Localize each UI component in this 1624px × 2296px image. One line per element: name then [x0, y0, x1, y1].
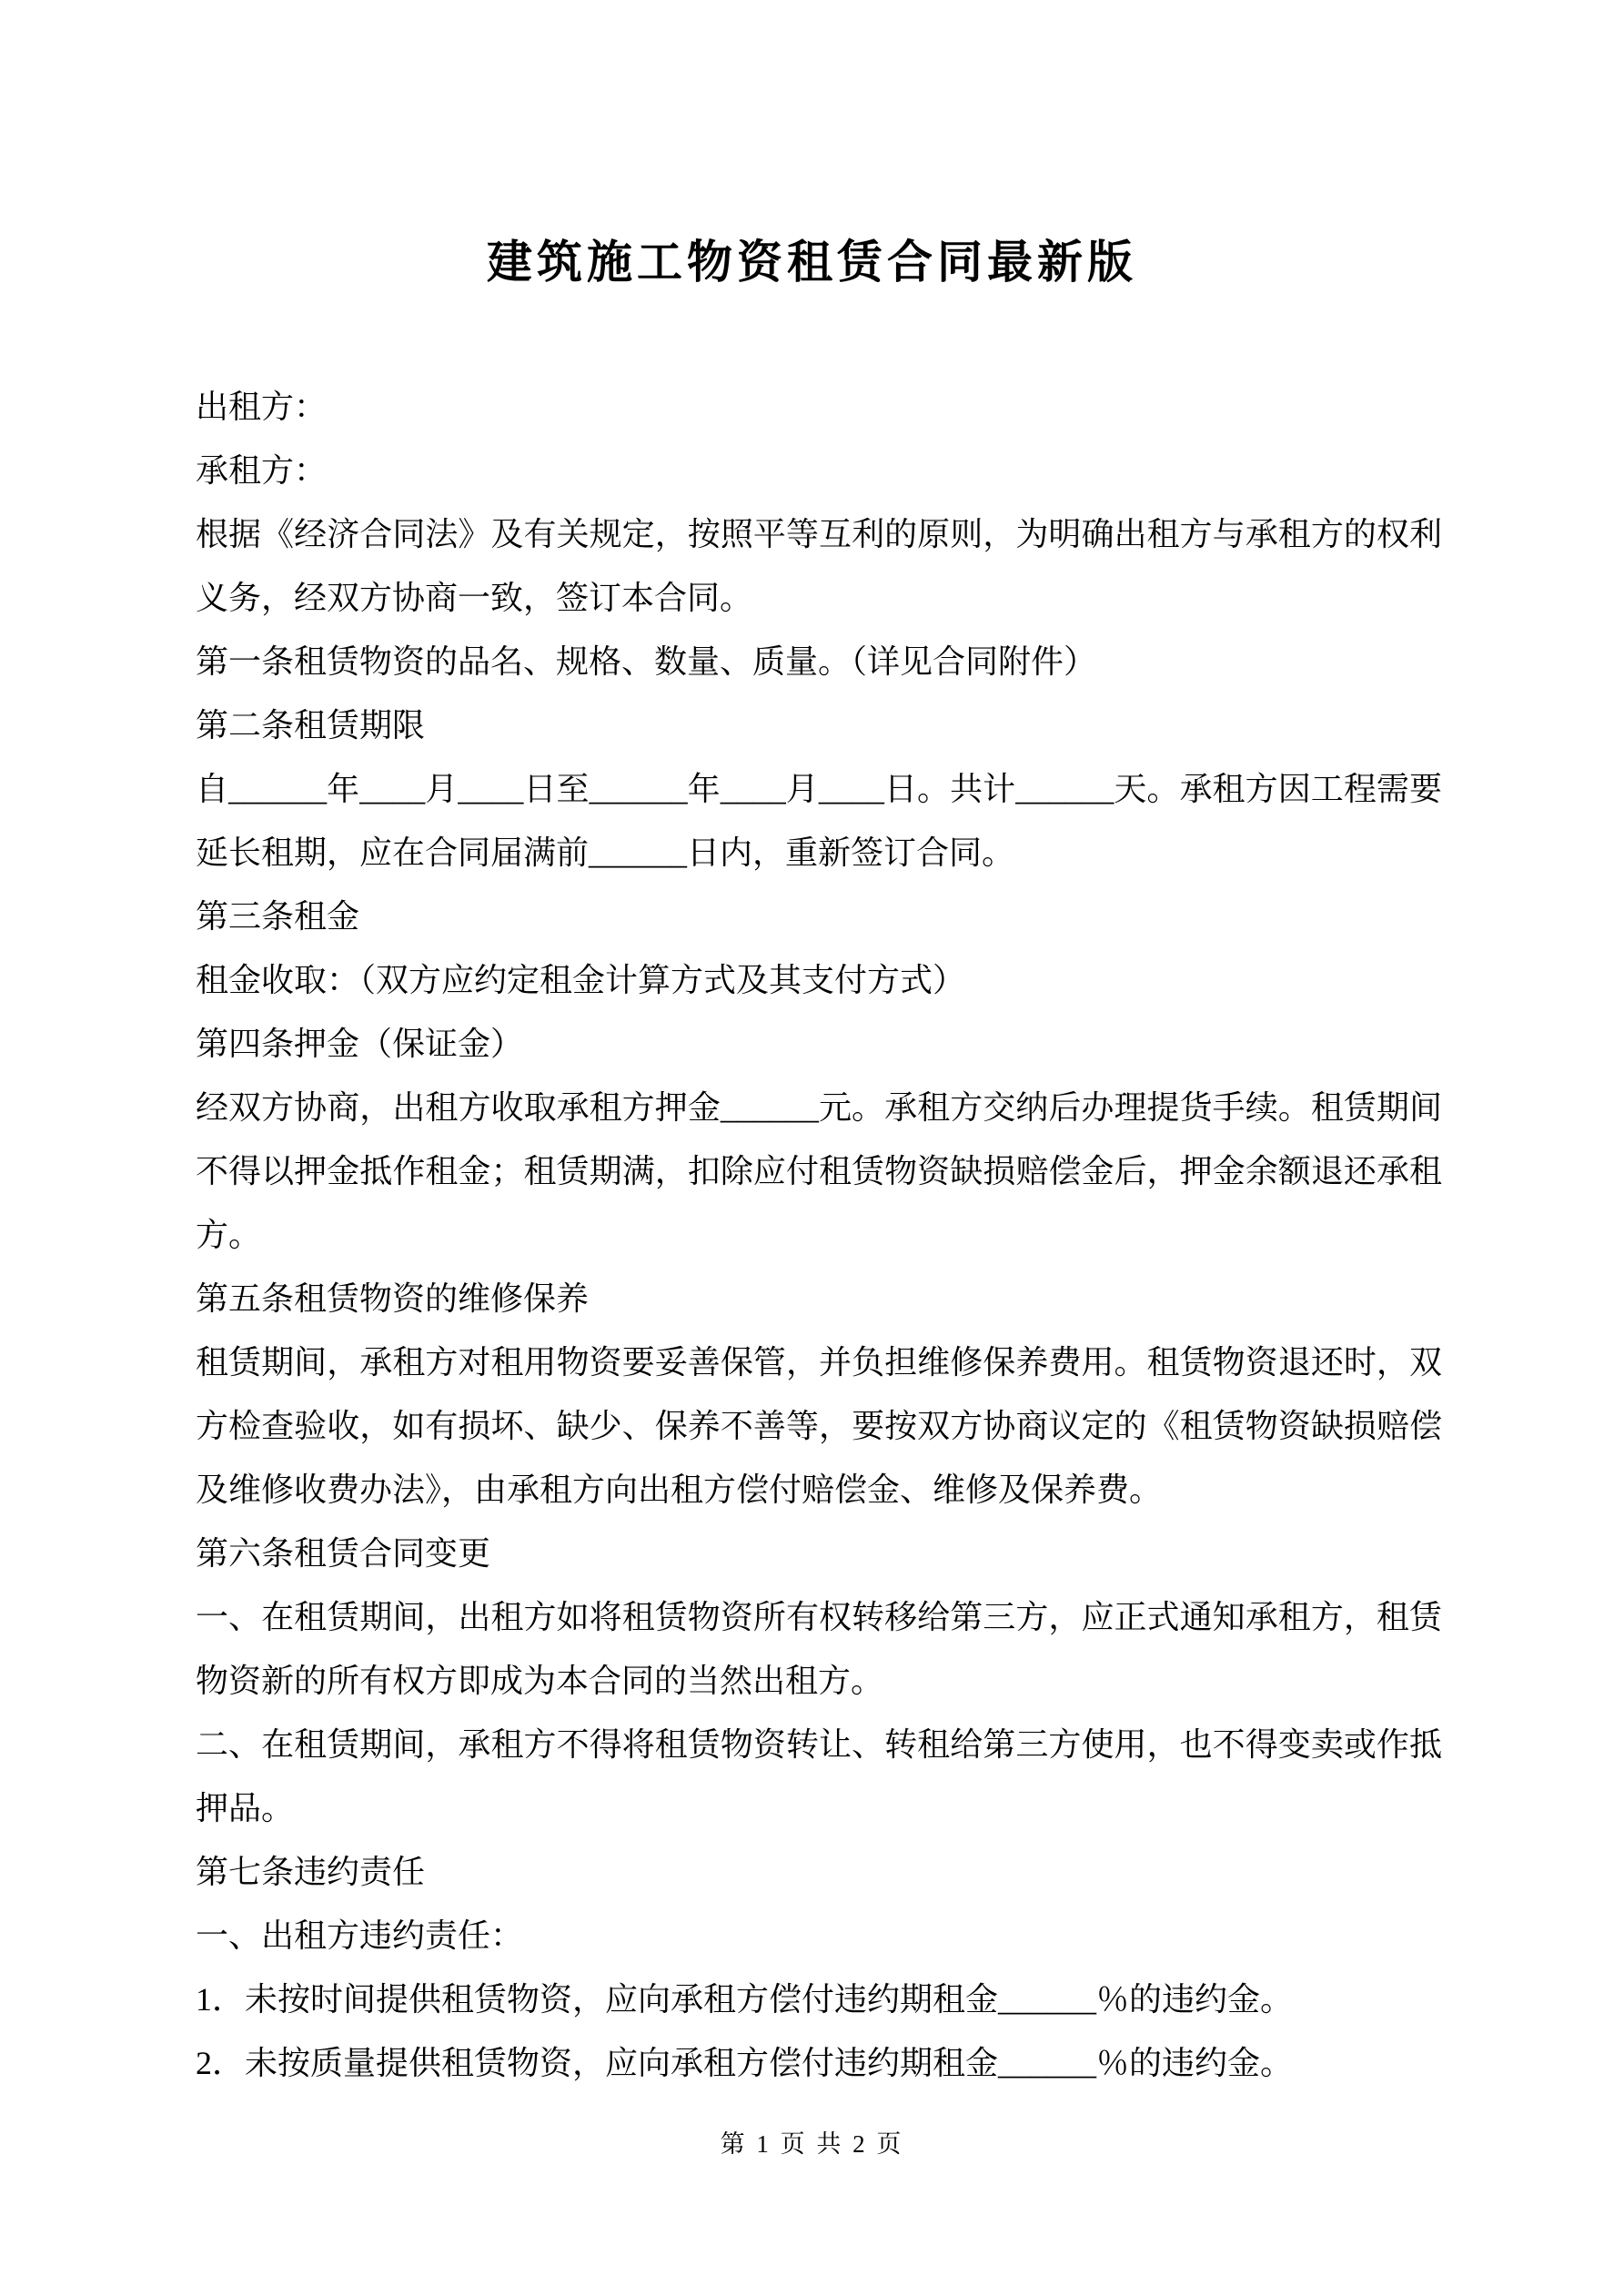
clause-7-sub-2: 2．未按质量提供租赁物资，应向承租方偿付违约期租金______％的违约金。 [196, 2031, 1442, 2095]
clause-1: 第一条租赁物资的品名、规格、数量、质量。（详见合同附件） [196, 630, 1442, 693]
clause-6-item-2: 二、在租赁期间，承租方不得将租赁物资转让、转租给第三方使用，也不得变卖或作抵押品… [196, 1713, 1442, 1840]
party-lessor: 出租方： [196, 375, 1442, 439]
clause-5-body: 租赁期间，承租方对租用物资要妥善保管，并负担维修保养费用。租赁物资退还时，双方检… [196, 1330, 1442, 1522]
preamble: 根据《经济合同法》及有关规定，按照平等互利的原则，为明确出租方与承租方的权利义务… [196, 502, 1442, 630]
clause-2-body: 自______年____月____日至______年____月____日。共计_… [196, 757, 1442, 885]
document-body: 出租方： 承租方： 根据《经济合同法》及有关规定，按照平等互利的原则，为明确出租… [196, 375, 1442, 2095]
clause-4-heading: 第四条押金（保证金） [196, 1012, 1442, 1076]
clause-2-heading: 第二条租赁期限 [196, 693, 1442, 757]
clause-7-heading: 第七条违约责任 [196, 1840, 1442, 1904]
contract-document-page: 建筑施工物资租赁合同最新版 出租方： 承租方： 根据《经济合同法》及有关规定，按… [0, 0, 1624, 2296]
clause-3-heading: 第三条租金 [196, 885, 1442, 948]
clause-7-item-1: 一、出租方违约责任： [196, 1904, 1442, 1967]
clause-3-body: 租金收取：（双方应约定租金计算方式及其支付方式） [196, 948, 1442, 1012]
clause-4-body: 经双方协商，出租方收取承租方押金______元。承租方交纳后办理提货手续。租赁期… [196, 1076, 1442, 1267]
page-number-footer: 第 1 页 共 2 页 [0, 2124, 1624, 2159]
document-title: 建筑施工物资租赁合同最新版 [0, 233, 1624, 291]
clause-6-item-1: 一、在租赁期间，出租方如将租赁物资所有权转移给第三方，应正式通知承租方，租赁物资… [196, 1585, 1442, 1713]
party-lessee: 承租方： [196, 439, 1442, 502]
clause-7-sub-1: 1．未按时间提供租赁物资，应向承租方偿付违约期租金______％的违约金。 [196, 1967, 1442, 2031]
clause-5-heading: 第五条租赁物资的维修保养 [196, 1267, 1442, 1330]
clause-6-heading: 第六条租赁合同变更 [196, 1522, 1442, 1585]
